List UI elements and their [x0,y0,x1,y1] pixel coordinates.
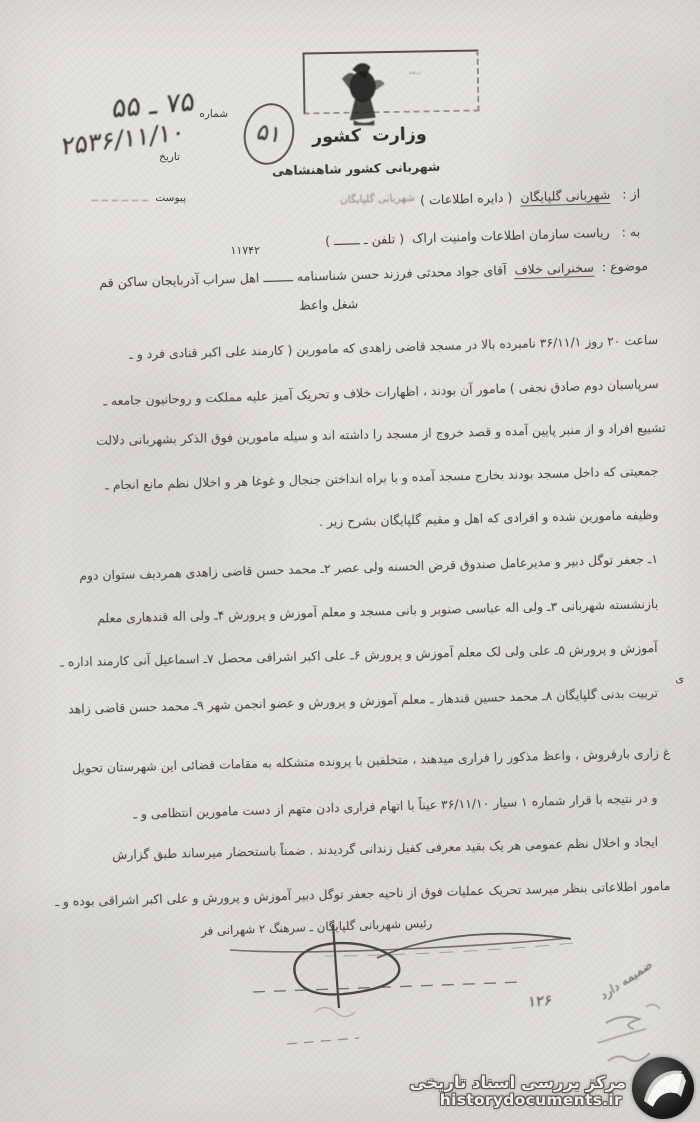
page-number-circle: ۵۱ [238,98,301,170]
occupation: شغل واعظ [299,296,359,313]
from-label: از : [622,186,640,202]
to-phone: ( تلفن ـ ـــــــ ) [325,231,404,248]
signature-handwritten-number: ۱۲۶ [527,991,552,1011]
body-line: وظیفه مامورین شده و افرادی که اهل و مقیم… [319,507,659,529]
lion-and-sun-emblem-icon [338,58,390,128]
page-number: ۵۱ [253,119,284,148]
letterhead-org: شهربانی کشور شاهنشاهی [272,159,441,178]
paper-stain [0,900,200,1100]
subject-id-number: ۱۱۷۴۲ [230,244,260,257]
ref-date-label: تاریخ [159,151,180,163]
body-line: مامور اطلاعاتی بنظر میرسد تحریک عملیات ف… [55,878,670,909]
to-label: به : [621,224,640,240]
from-paren: ( دایره اطلاعات ) [420,190,513,208]
ref-number-label: شماره [199,108,228,120]
body-superscript-correction: ی [675,672,684,685]
subject-row: موضوع : سخنرانی خلاف آقای جواد محدثی فرز… [99,258,648,290]
from-unit: شهربانی گلپایگان [520,187,610,207]
ref-attachment-label: پیوست [155,192,186,204]
scanned-document-page: ٰ ٓ ْ ٔ ۵۱ شماره ۷۵ ـ ۵۵ تاریخ ۲۵۳۶/۱۱/۱… [0,0,700,1122]
ref-attachment-dashes: ــ ــ ــ ــ ــ ــ [92,191,148,204]
subject-label: موضوع : [602,258,649,274]
confidential-stamp-box [302,49,479,114]
subject-rest: آقای جواد محدثی فرزند حسن شناسنامه ـــــ… [99,262,507,290]
letterhead-ministry: وزارت کشور [312,125,427,148]
page-flip-icon [632,1057,694,1119]
history-documents-logo [632,1057,694,1119]
watermark-site: historydocuments.ir [440,1091,622,1109]
letterhead-unit: شهربانی گلپایگان [340,192,415,206]
watermark-title: مرکز بررسی اسناد تاریخی [410,1073,626,1092]
stamp-faded-marks: ٰ ٓ ْ ٔ [408,72,418,83]
subject-underlined: سخنرانی خلاف [514,260,594,279]
body-line: ساعت ۲۰ روز ۳۶/۱۱/۱ نامبرده بالا در مسجد… [129,332,658,362]
